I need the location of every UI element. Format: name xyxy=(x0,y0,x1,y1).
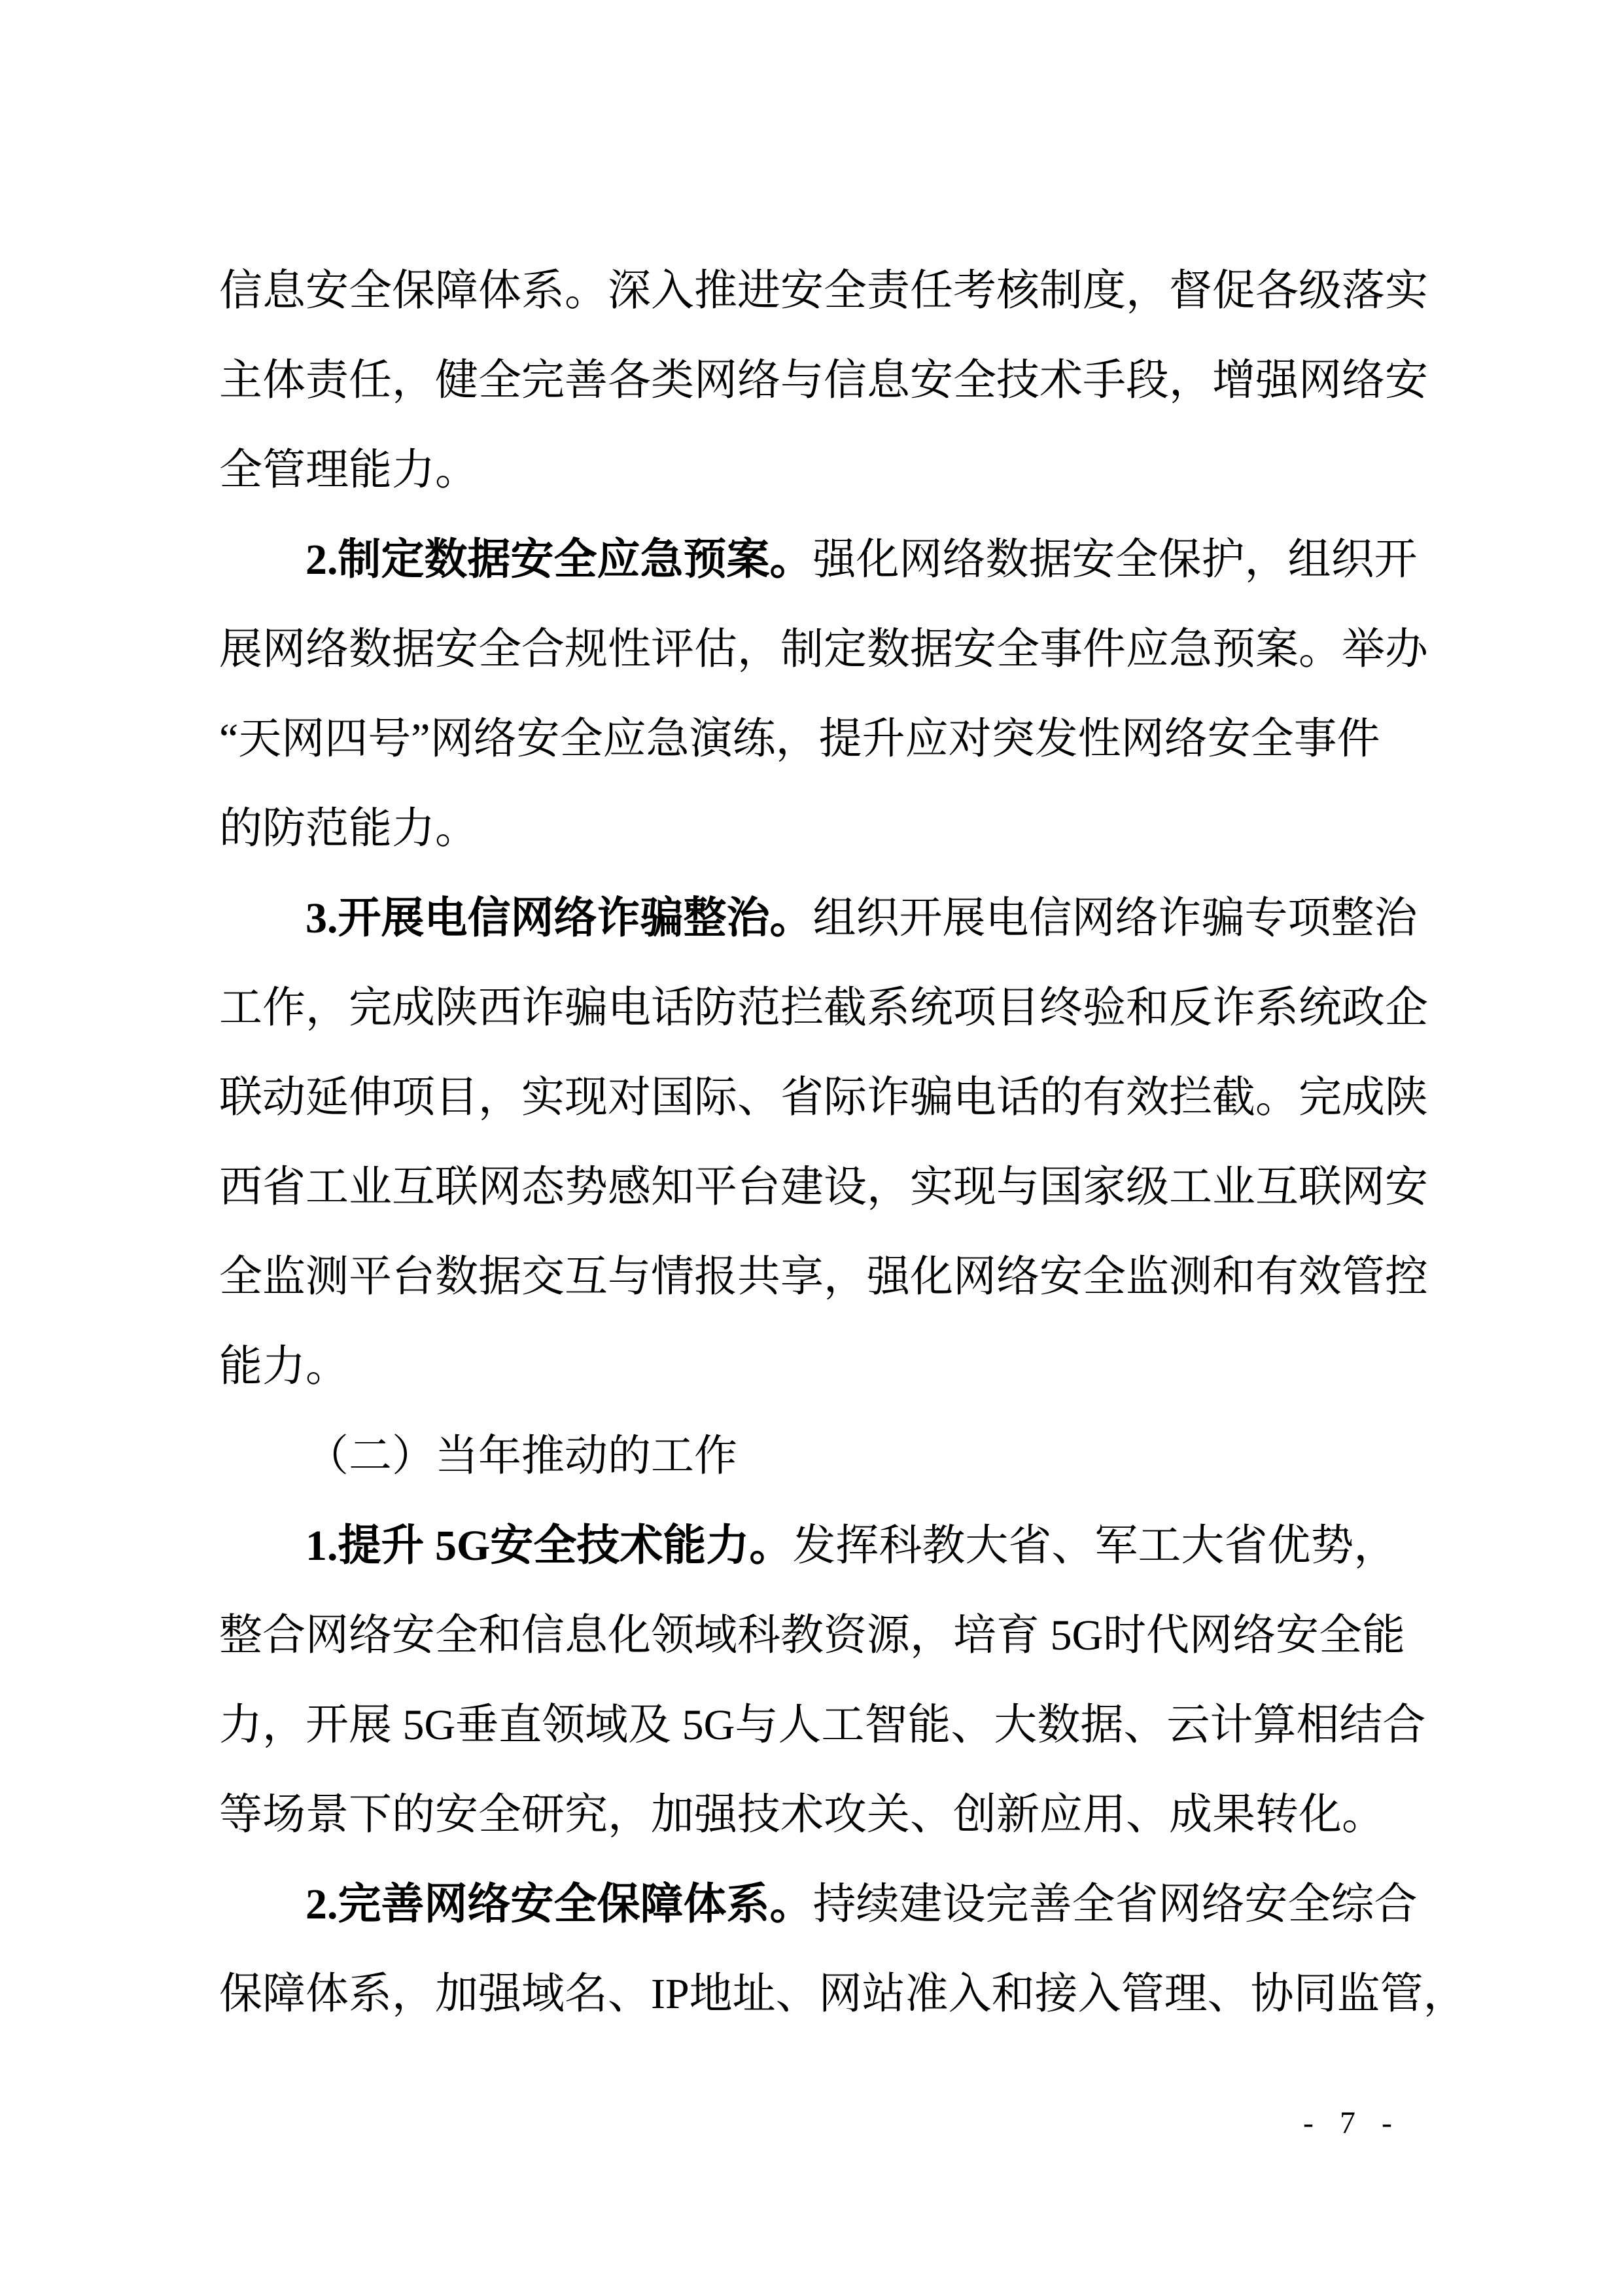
emphasis-run: 1.提升 5G安全技术能力。 xyxy=(305,1522,792,1570)
text-run: “天网四号”网络安全应急演练，提升应对突发性网络安全事件 xyxy=(219,715,1380,763)
text-line: 3.开展电信网络诈骗整治。组织开展电信网络诈骗专项整治 xyxy=(219,874,1436,963)
text-line: 信息安全保障体系。深入推进安全责任考核制度，督促各级落实 xyxy=(219,246,1436,336)
text-line: 工作，完成陕西诈骗电话防范拦截系统项目终验和反诈系统政企 xyxy=(219,963,1436,1053)
text-run: 主体责任，健全完善各类网络与信息安全技术手段，增强网络安 xyxy=(219,357,1428,404)
document-page: 信息安全保障体系。深入推进安全责任考核制度，督促各级落实主体责任，健全完善各类网… xyxy=(0,0,1623,2296)
heading-run: （二）当年推动的工作 xyxy=(305,1432,737,1480)
text-run: 展网络数据安全合规性评估，制定数据安全事件应急预案。举办 xyxy=(219,626,1428,673)
text-run: 的防范能力。 xyxy=(219,805,478,853)
text-line: 2.完善网络安全保障体系。持续建设完善全省网络安全综合 xyxy=(219,1860,1436,1949)
text-run: 整合网络安全和信息化领域科教资源，培育 5G时代网络安全能 xyxy=(219,1612,1405,1659)
text-line: 保障体系，加强域名、IP地址、网站准入和接入管理、协同监管， xyxy=(219,1949,1436,2039)
text-line: 力，开展 5G垂直领域及 5G与人工智能、大数据、云计算相结合 xyxy=(219,1680,1436,1770)
text-line: 全管理能力。 xyxy=(219,425,1436,515)
text-run: 工作，完成陕西诈骗电话防范拦截系统项目终验和反诈系统政企 xyxy=(219,984,1428,1032)
text-line: 等场景下的安全研究，加强技术攻关、创新应用、成果转化。 xyxy=(219,1770,1436,1860)
text-line: 联动延伸项目，实现对国际、省际诈骗电话的有效拦截。完成陕 xyxy=(219,1053,1436,1142)
text-run: 信息安全保障体系。深入推进安全责任考核制度，督促各级落实 xyxy=(219,267,1428,315)
text-line: 能力。 xyxy=(219,1322,1436,1411)
text-run: 全监测平台数据交互与情报共享，强化网络安全监测和有效管控 xyxy=(219,1253,1428,1301)
emphasis-run: 2.制定数据安全应急预案。 xyxy=(305,536,813,584)
text-run: 联动延伸项目，实现对国际、省际诈骗电话的有效拦截。完成陕 xyxy=(219,1074,1428,1122)
text-line: 展网络数据安全合规性评估，制定数据安全事件应急预案。举办 xyxy=(219,605,1436,694)
text-run: 能力。 xyxy=(219,1343,349,1390)
text-run: 持续建设完善全省网络安全综合 xyxy=(813,1881,1418,1928)
text-run: 发挥科教大省、军工大省优势， xyxy=(792,1522,1397,1570)
text-run: 强化网络数据安全保护，组织开 xyxy=(813,536,1418,584)
text-line: （二）当年推动的工作 xyxy=(219,1411,1436,1501)
text-line: 1.提升 5G安全技术能力。发挥科教大省、军工大省优势， xyxy=(219,1501,1436,1591)
text-line: 2.制定数据安全应急预案。强化网络数据安全保护，组织开 xyxy=(219,515,1436,605)
emphasis-run: 3.开展电信网络诈骗整治。 xyxy=(305,894,813,942)
text-run: 保障体系，加强域名、IP地址、网站准入和接入管理、协同监管， xyxy=(219,1970,1467,2018)
text-line: 的防范能力。 xyxy=(219,784,1436,874)
text-line: 西省工业互联网态势感知平台建设，实现与国家级工业互联网安 xyxy=(219,1142,1436,1232)
text-run: 等场景下的安全研究，加强技术攻关、创新应用、成果转化。 xyxy=(219,1791,1385,1839)
text-run: 组织开展电信网络诈骗专项整治 xyxy=(813,894,1418,942)
document-text: 信息安全保障体系。深入推进安全责任考核制度，督促各级落实主体责任，健全完善各类网… xyxy=(219,246,1436,2039)
text-line: 全监测平台数据交互与情报共享，强化网络安全监测和有效管控 xyxy=(219,1232,1436,1322)
text-line: 主体责任，健全完善各类网络与信息安全技术手段，增强网络安 xyxy=(219,336,1436,425)
text-run: 全管理能力。 xyxy=(219,446,478,494)
page-number: - 7 - xyxy=(1303,2102,1401,2145)
text-line: 整合网络安全和信息化领域科教资源，培育 5G时代网络安全能 xyxy=(219,1591,1436,1680)
emphasis-run: 2.完善网络安全保障体系。 xyxy=(305,1881,813,1928)
text-line: “天网四号”网络安全应急演练，提升应对突发性网络安全事件 xyxy=(219,694,1436,784)
text-run: 力，开展 5G垂直领域及 5G与人工智能、大数据、云计算相结合 xyxy=(219,1701,1425,1749)
text-run: 西省工业互联网态势感知平台建设，实现与国家级工业互联网安 xyxy=(219,1163,1428,1211)
